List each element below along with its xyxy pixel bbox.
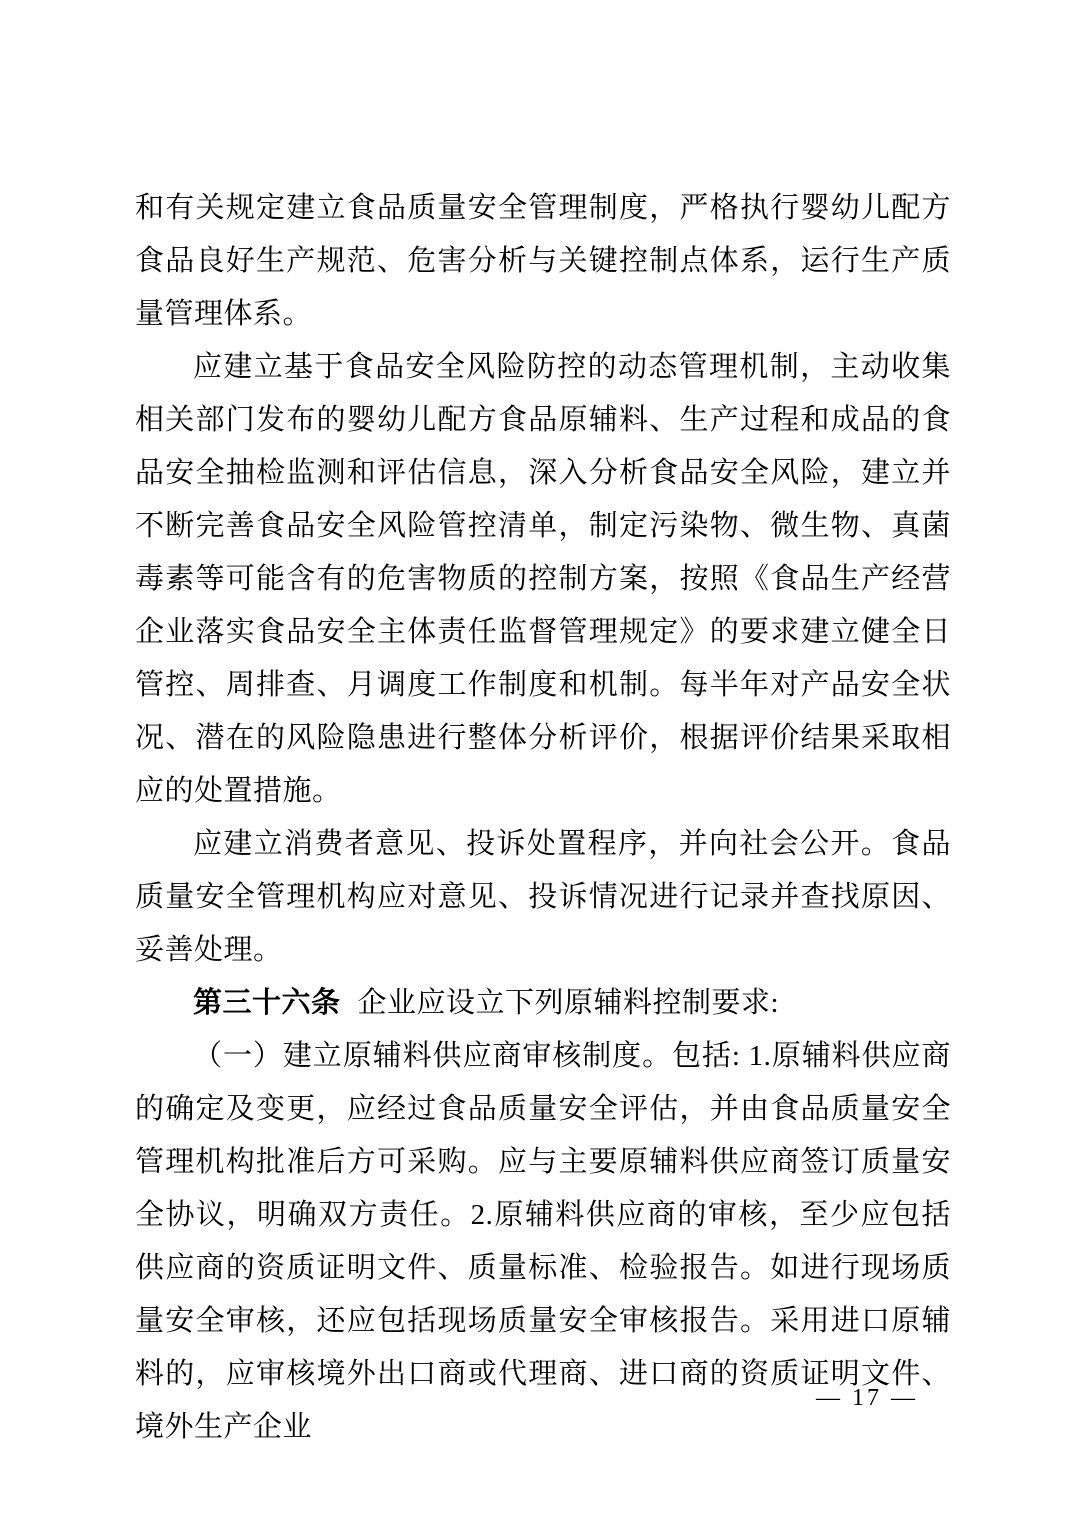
page-number: — 17 — [816,1383,918,1413]
document-text: 和有关规定建立食品质量安全管理制度，严格执行婴幼儿配方食品良好生产规范、危害分析… [135,182,951,1454]
article-heading-text: 企业应设立下列原辅料控制要求: [358,987,780,1019]
paragraph-risk-management: 应建立基于食品安全风险防控的动态管理机制，主动收集相关部门发布的婴幼儿配方食品原… [135,341,951,818]
document-page: 和有关规定建立食品质量安全管理制度，严格执行婴幼儿配方食品良好生产规范、危害分析… [0,0,1080,1527]
article-heading: 第三十六条企业应设立下列原辅料控制要求: [135,977,951,1030]
article-number: 第三十六条 [193,987,341,1019]
paragraph-consumer-complaints: 应建立消费者意见、投诉处置程序，并向社会公开。食品质量安全管理机构应对意见、投诉… [135,818,951,977]
paragraph-continuation: 和有关规定建立食品质量安全管理制度，严格执行婴幼儿配方食品良好生产规范、危害分析… [135,182,951,341]
